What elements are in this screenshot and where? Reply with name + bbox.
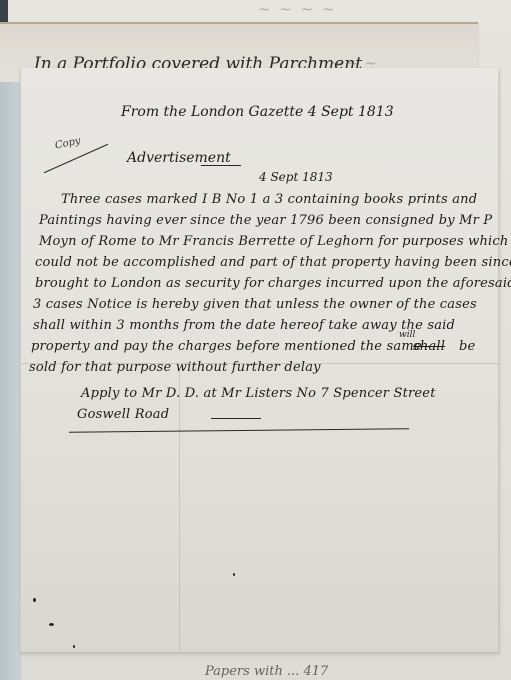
title-underline bbox=[201, 165, 241, 166]
body-line: Three cases marked I B No 1 a 3 containi… bbox=[61, 192, 477, 207]
body-line: brought to London as security for charge… bbox=[35, 276, 511, 291]
manuscript-page: From the London Gazette 4 Sept 1813 Copy… bbox=[20, 68, 498, 652]
closing-rule bbox=[69, 428, 409, 433]
ink-spot bbox=[49, 623, 54, 626]
copy-flourish bbox=[44, 144, 108, 173]
ink-spot bbox=[233, 573, 235, 576]
underlying-sheet-note: Papers with ... 417 bbox=[205, 664, 328, 679]
body-line: shall within 3 months from the date here… bbox=[33, 318, 455, 333]
body-line-end: be bbox=[459, 339, 475, 354]
apply-line: Apply to Mr D. D. at Mr Listers No 7 Spe… bbox=[81, 386, 436, 401]
body-line: could not be accomplished and part of th… bbox=[35, 255, 511, 270]
body-line: Moyn of Rome to Mr Francis Berrette of L… bbox=[39, 234, 508, 249]
source-line: From the London Gazette 4 Sept 1813 bbox=[121, 104, 394, 120]
ink-spot bbox=[33, 598, 36, 602]
body-line: sold for that purpose without further de… bbox=[29, 360, 321, 375]
struck-word: shall bbox=[413, 339, 445, 354]
body-line: property and pay the charges before ment… bbox=[31, 339, 422, 354]
closing-dash bbox=[211, 418, 261, 419]
body-line: 3 cases Notice is hereby given that unle… bbox=[33, 297, 477, 312]
back-sheet-faint-writing: ~ ~ ~ ~ bbox=[258, 0, 337, 18]
apply-line: Goswell Road bbox=[77, 407, 169, 422]
advertisement-title: Advertisement bbox=[127, 150, 231, 166]
left-page-edge bbox=[0, 82, 22, 680]
fold-crease-vertical bbox=[179, 368, 180, 652]
ink-spot bbox=[73, 645, 75, 648]
body-line: Paintings having ever since the year 179… bbox=[39, 213, 492, 228]
advertisement-date: 4 Sept 1813 bbox=[259, 170, 333, 184]
copy-note: Copy bbox=[54, 135, 81, 151]
